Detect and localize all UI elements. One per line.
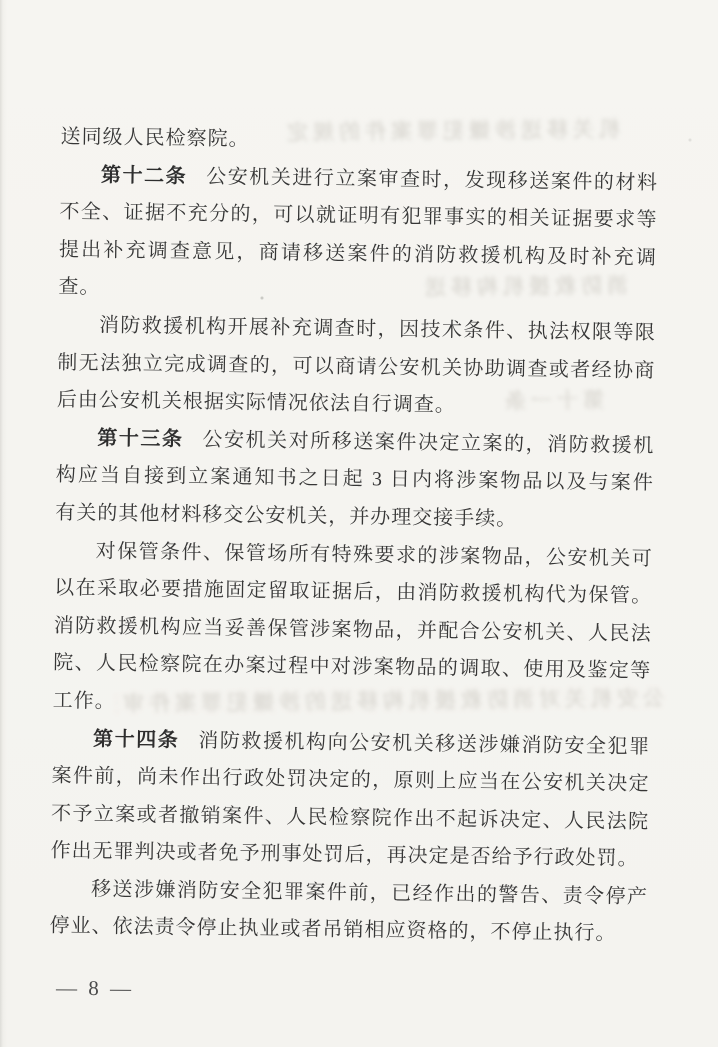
line-text: 停业、依法责令停止执业或者吊销相应资格的，不停止执行。 bbox=[49, 915, 616, 945]
article-number: 第十二条 bbox=[101, 164, 187, 187]
line-text: 作出无罪判决或者免予刑事处罚后，再决定是否给予行政处罚。 bbox=[50, 840, 638, 870]
line-text: 提出补充调查意见，商请移送案件的消防救援机构及时补充调 bbox=[59, 239, 657, 269]
line-text: 消防救援机构开展补充调查时，因技术条件、执法权限等限 bbox=[99, 314, 656, 344]
line-text: 送同级人民检察院。 bbox=[60, 126, 249, 151]
scanned-page: 机关移送涉嫌犯罪案件的规定 消防救援机构移送 第十一条 公安机关对消防救援机构移… bbox=[0, 0, 718, 1047]
line-text: 对保管条件、保管场所有特殊要求的涉案物品，公安机关可 bbox=[96, 540, 653, 570]
page-number: — 8 — bbox=[56, 976, 134, 1002]
document-body: 送同级人民检察院。 第十二条公安机关进行立案审查时，发现移送案件的材料 不全、证… bbox=[49, 119, 658, 954]
line-text: 移送涉嫌消防安全犯罪案件前，已经作出的警告、责令停产 bbox=[91, 878, 648, 908]
line-text: 院、人民检察院在办案过程中对涉案物品的调取、使用及鉴定等 bbox=[53, 652, 651, 682]
line-text: 构应当自接到立案通知书之日起 3 日内将涉案物品以及与案件 bbox=[56, 464, 654, 494]
article-number: 第十三条 bbox=[97, 427, 183, 450]
line-text: 不全、证据不充分的，可以就证明有犯罪事实的相关证据要求等 bbox=[59, 201, 657, 231]
line-text: 后由公安机关根据实际情况依法自行调查。 bbox=[57, 389, 456, 417]
line-text: 不予立案或者撤销案件、人民检察院作出不起诉决定、人民法院 bbox=[51, 802, 649, 832]
line-text: 案件前，尚未作出行政处罚决定的，原则上应当在公安机关决定 bbox=[51, 765, 649, 795]
line-text: 查。 bbox=[58, 276, 100, 299]
line-text: 公安机关对所移送案件决定立案的，消防救援机 bbox=[202, 429, 654, 457]
line-text: 消防救援机构应当妥善保管涉案物品，并配合公安机关、人民法 bbox=[54, 615, 652, 645]
line-text: 公安机关进行立案审查时，发现移送案件的材料 bbox=[206, 165, 658, 193]
line-text: 制无法独立完成调查的，可以商请公安机关协助调查或者经协商 bbox=[57, 351, 655, 381]
line-text: 有关的其他材料移交公安机关，并办理交接手续。 bbox=[55, 502, 517, 530]
line-text: 消防救援机构向公安机关移送涉嫌消防安全犯罪 bbox=[198, 729, 650, 757]
article-number: 第十四条 bbox=[93, 728, 179, 751]
line-text: 工作。 bbox=[53, 690, 116, 713]
document-line: 停业、依法责令停止执业或者吊销相应资格的，不停止执行。 bbox=[49, 908, 647, 954]
line-text: 以在采取必要措施固定留取证据后，由消防救援机构代为保管。 bbox=[54, 577, 652, 607]
